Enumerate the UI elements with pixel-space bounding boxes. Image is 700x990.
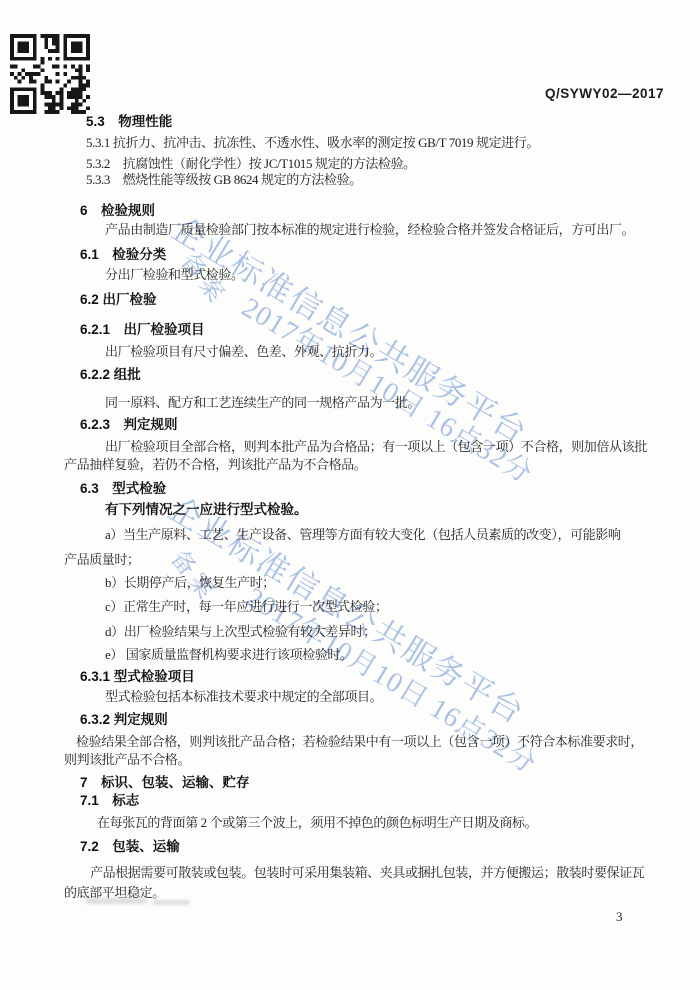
doc-text-line: 产品由制造厂质量检验部门按本标准的规定进行检验，经检验合格并签发合格证后，方可出… (105, 222, 634, 237)
doc-text-line: d）出厂检验结果与上次型式检验有较大差异时； (105, 624, 376, 639)
doc-text-line: 出厂检验项目全部合格，则判本批产品为合格品；有一项以上（包含一项）不合格，则加倍… (105, 439, 647, 454)
doc-text-line: 同一原料、配方和工艺连续生产的同一规格产品为一批。 (105, 395, 420, 410)
doc-heading-line: 7.1 标志 (80, 793, 139, 808)
doc-heading-line: 7.2 包装、运输 (80, 839, 180, 854)
page-number: 3 (616, 909, 623, 925)
scan-artifact (152, 900, 190, 905)
doc-text-line: 出厂检验项目有尺寸偏差、色差、外观、抗折力。 (105, 344, 382, 359)
doc-text-line: c）正常生产时，每一年应进行进行一次型式检验； (105, 599, 388, 614)
doc-text-line: a）当生产原料、工艺、生产设备、管理等方面有较大变化（包括人员素质的改变），可能… (105, 527, 620, 542)
doc-number: Q/SYWY02—2017 (545, 86, 664, 101)
doc-text-line: 分出厂检验和型式检验。 (105, 267, 244, 282)
doc-heading-line: 6.2.1 出厂检验项目 (80, 322, 205, 337)
doc-text-line: b）长期停产后，恢复生产时； (105, 575, 275, 590)
doc-heading-line: 6.3.1 型式检验项目 (80, 669, 195, 684)
doc-heading-line: 7 标识、包装、运输、贮存 (80, 775, 250, 790)
doc-heading-line: 6.2.2 组批 (80, 367, 141, 382)
doc-text-line: 产品根据需要可散装或包装。包装时可采用集装箱、夹具或捆扎包装，并方便搬运；散装时… (90, 865, 644, 880)
doc-text-line: 的底部平坦稳定。 (64, 885, 165, 900)
doc-heading-line: 6 检验规则 (80, 203, 155, 218)
doc-text-line: 检验结果全部合格，则判该批产品合格；若检验结果中有一项以上（包含一项）不符合本标… (76, 734, 643, 749)
doc-heading-line: 5.3 物理性能 (86, 114, 172, 129)
watermark-platform-text: 企业标准信息公共服务平台 (164, 204, 537, 454)
doc-text-line: 则判该批产品不合格。 (64, 752, 190, 767)
doc-heading-line: 6.1 检验分类 (80, 247, 166, 262)
doc-text-line: 型式检验包括本标准技术要求中规定的全部项目。 (105, 689, 382, 704)
qr-code (10, 33, 90, 115)
doc-heading-line: 6.3.2 判定规则 (80, 712, 168, 727)
doc-text-line: e） 国家质量监督机构要求进行该项检验时。 (105, 647, 353, 662)
doc-heading-line: 6.3 型式检验 (80, 481, 166, 496)
doc-text-line: 在每张瓦的背面第 2 个或第三个波上，须用不掉色的颜色标明生产日期及商标。 (97, 815, 537, 830)
doc-text-line: 5.3.2 抗腐蚀性（耐化学性）按 JC/T1015 规定的方法检验。 (86, 156, 416, 171)
doc-text-line: 5.3.3 燃烧性能等级按 GB 8624 规定的方法检验。 (86, 172, 362, 187)
doc-heading-line: 6.2 出厂检验 (80, 292, 157, 307)
document-page: Q/SYWY02—2017 5.3 物理性能5.3.1 抗折力、抗冲击、抗冻性、… (0, 0, 700, 990)
doc-heading-line: 6.2.3 判定规则 (80, 417, 178, 432)
doc-text-line: 产品质量时； (64, 552, 140, 567)
doc-heading-line: 有下列情况之一应进行型式检验。 (105, 502, 308, 517)
doc-text-line: 产品抽样复验，若仍不合格，判该批产品为不合格品。 (64, 457, 366, 472)
doc-text-line: 5.3.1 抗折力、抗冲击、抗冻性、不透水性、吸水率的测定按 GB/T 7019… (86, 135, 539, 150)
